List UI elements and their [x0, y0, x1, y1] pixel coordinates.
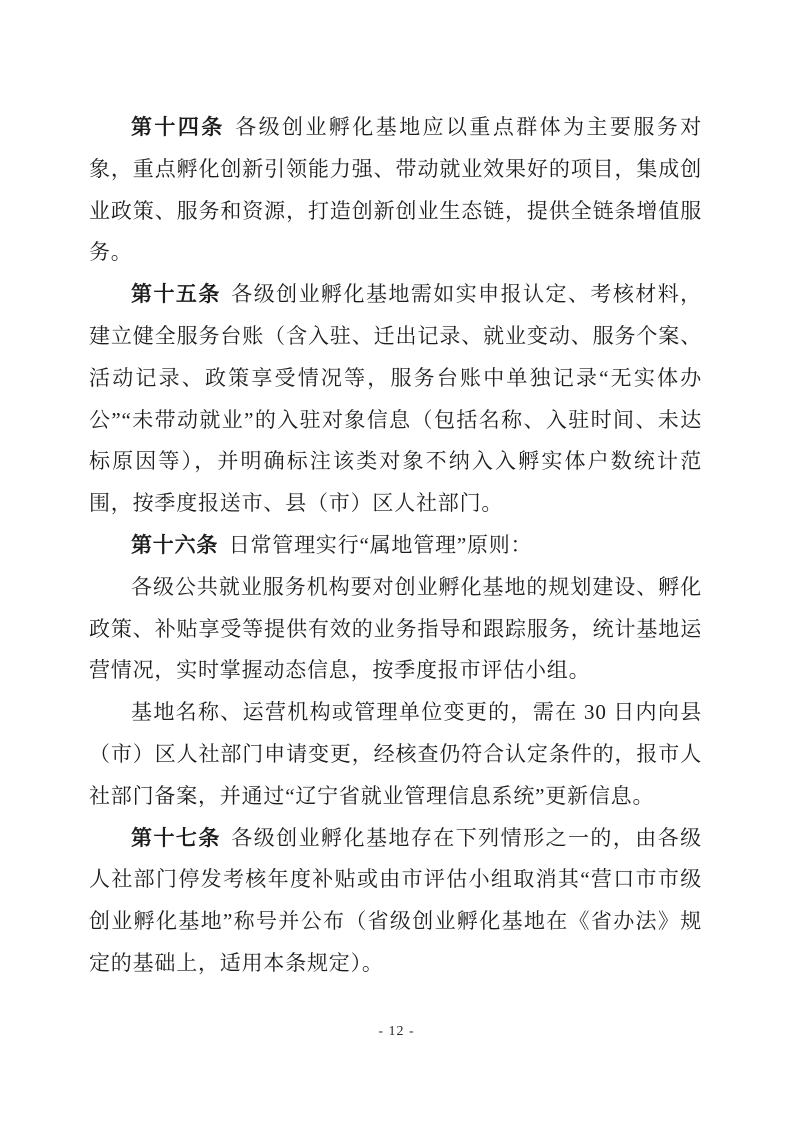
article-paragraph-14: 第十四条各级创业孵化基地应以重点群体为主要服务对象，重点孵化创新引领能力强、带动…: [89, 107, 702, 274]
article-paragraph-15: 第十五条各级创业孵化基地需如实申报认定、考核材料，建立健全服务台账（含入驻、迁出…: [89, 274, 702, 525]
document-body: 第十四条各级创业孵化基地应以重点群体为主要服务对象，重点孵化创新引领能力强、带动…: [89, 107, 702, 985]
article-paragraph-16: 第十六条日常管理实行“属地管理”原则：: [89, 525, 702, 567]
paragraph-text: 各级创业孵化基地需如实申报认定、考核材料，建立健全服务台账（含入驻、迁出记录、就…: [89, 282, 702, 515]
article-16-subparagraph-1: 各级公共就业服务机构要对创业孵化基地的规划建设、孵化政策、补贴享受等提供有效的业…: [89, 567, 702, 692]
paragraph-text: 各级公共就业服务机构要对创业孵化基地的规划建设、孵化政策、补贴享受等提供有效的业…: [89, 575, 702, 683]
article-number-label: 第十七条: [131, 826, 221, 850]
article-number-label: 第十四条: [131, 115, 225, 139]
paragraph-text: 日常管理实行“属地管理”原则：: [229, 533, 533, 557]
paragraph-text: 基地名称、运营机构或管理单位变更的，需在 30 日内向县（市）区人社部门申请变更…: [89, 700, 702, 808]
article-paragraph-17: 第十七条各级创业孵化基地存在下列情形之一的，由各级人社部门停发考核年度补贴或由市…: [89, 818, 702, 985]
article-number-label: 第十六条: [131, 533, 218, 557]
article-16-subparagraph-2: 基地名称、运营机构或管理单位变更的，需在 30 日内向县（市）区人社部门申请变更…: [89, 692, 702, 817]
page-number: - 12 -: [0, 1024, 793, 1040]
article-number-label: 第十五条: [131, 282, 221, 306]
document-page: 第十四条各级创业孵化基地应以重点群体为主要服务对象，重点孵化创新引领能力强、带动…: [0, 0, 793, 1122]
